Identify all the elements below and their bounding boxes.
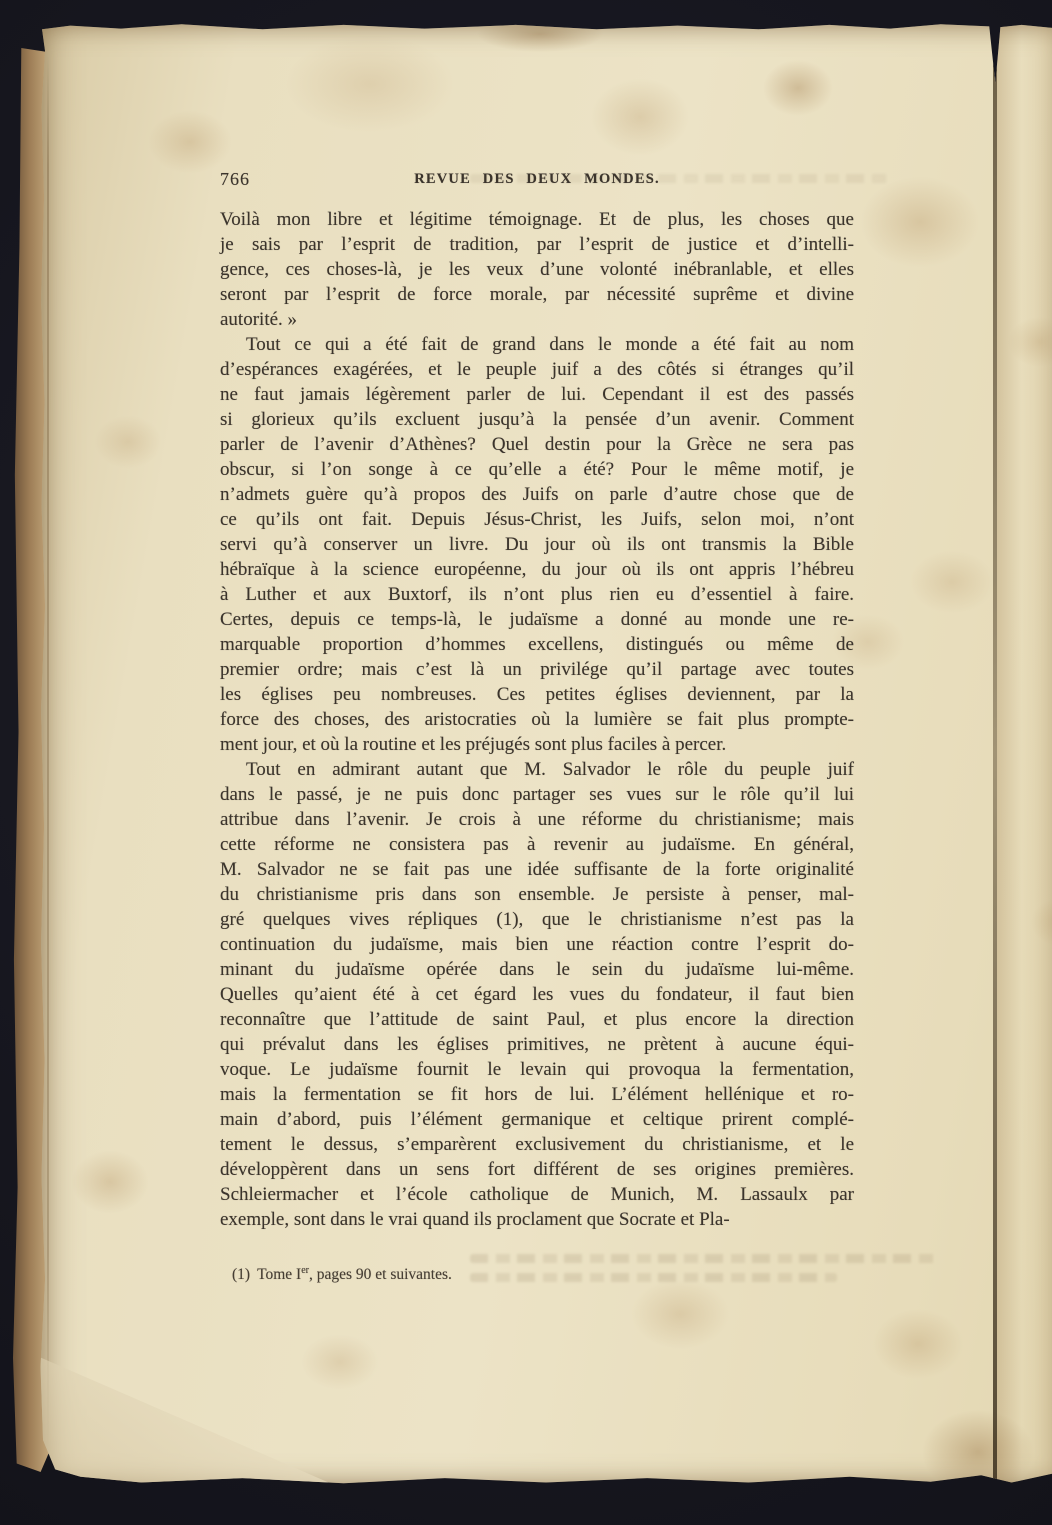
body-line: voque. Le judaïsme fournit le levain qui… — [220, 1057, 854, 1082]
body-line: qui prévalut dans les églises primitives… — [220, 1032, 854, 1057]
body-line: si glorieux qu’ils excluent jusqu’à la p… — [220, 407, 854, 432]
body-line: hébraïque à la science européenne, du jo… — [220, 557, 854, 582]
body-line: ne faut jamais légèrement parler de lui.… — [220, 382, 854, 407]
body-line: gence, ces choses-là, je les veux d’une … — [220, 257, 854, 282]
body-line: je sais par l’esprit de tradition, par l… — [220, 232, 854, 257]
paragraph: Tout en admirant autant que M. Salvador … — [220, 757, 854, 1232]
body-line: force des choses, des aristocraties où l… — [220, 707, 854, 732]
body-line: n’admets guère qu’à propos des Juifs on … — [220, 482, 854, 507]
page-content: 766 REVUE DES DEUX MONDES. Voilà mon lib… — [220, 168, 854, 1284]
body-line: Certes, depuis ce temps-là, le judaïsme … — [220, 607, 854, 632]
body-line: mais la fermentation se fit hors de lui.… — [220, 1082, 854, 1107]
ink-showthrough — [470, 1254, 940, 1292]
body-line: autorité. » — [220, 307, 854, 332]
body-line: gré quelques vives répliques (1), que le… — [220, 907, 854, 932]
body-line: Tout en admirant autant que M. Salvador … — [220, 757, 854, 782]
body-line: parler de l’avenir d’Athènes? Quel desti… — [220, 432, 854, 457]
body-line: Tout ce qui a été fait de grand dans le … — [220, 332, 854, 357]
dog-ear-fold — [40, 1308, 332, 1484]
body-line: servi qu’à conserver un livre. Du jour o… — [220, 532, 854, 557]
body-line: ce qu’ils ont fait. Depuis Jésus-Christ,… — [220, 507, 854, 532]
footnote-text: Tome Ier, pages 90 et suivantes. — [257, 1266, 452, 1283]
body-line: premier ordre; mais c’est là un privilég… — [220, 657, 854, 682]
body-line: main d’abord, puis l’élément germanique … — [220, 1107, 854, 1132]
body-line: marquable proportion d’hommes excellens,… — [220, 632, 854, 657]
body-line: exemple, sont dans le vrai quand ils pro… — [220, 1207, 854, 1232]
book-page: 766 REVUE DES DEUX MONDES. Voilà mon lib… — [40, 22, 1052, 1484]
body-line: développèrent dans un sens fort différen… — [220, 1157, 854, 1182]
page-number: 766 — [220, 169, 250, 190]
body-line: attribue dans l’avenir. Je crois à une r… — [220, 807, 854, 832]
page-header: 766 REVUE DES DEUX MONDES. — [220, 168, 854, 192]
footnote-marker: (1) — [232, 1266, 250, 1283]
scanned-book-photo: 766 REVUE DES DEUX MONDES. Voilà mon lib… — [0, 0, 1052, 1525]
body-line: seront par l’esprit de force morale, par… — [220, 282, 854, 307]
body-line: les églises peu nombreuses. Ces petites … — [220, 682, 854, 707]
body-line: Voilà mon libre et légitime témoignage. … — [220, 207, 854, 232]
body-line: ment jour, et où la routine et les préju… — [220, 732, 854, 757]
body-line: du christianisme pris dans son ensemble.… — [220, 882, 854, 907]
body-line: tement le dessus, s’emparèrent exclusive… — [220, 1132, 854, 1157]
body-line: obscur, si l’on songe à ce qu’elle a été… — [220, 457, 854, 482]
page-body: Voilà mon libre et légitime témoignage. … — [220, 207, 854, 1232]
body-line: Quelles qu’aient été à cet égard les vue… — [220, 982, 854, 1007]
running-title: REVUE DES DEUX MONDES. — [414, 171, 660, 188]
adjacent-page-edge — [997, 22, 1052, 1484]
paragraph: Tout ce qui a été fait de grand dans le … — [220, 332, 854, 757]
body-line: M. Salvador ne se fait pas une idée suff… — [220, 857, 854, 882]
body-line: cette réforme ne consistera pas à reveni… — [220, 832, 854, 857]
body-line: continuation du judaïsme, mais bien une … — [220, 932, 854, 957]
paragraph: Voilà mon libre et légitime témoignage. … — [220, 207, 854, 332]
body-line: Schleiermacher et l’école catholique de … — [220, 1182, 854, 1207]
body-line: reconnaître que l’attitude de saint Paul… — [220, 1007, 854, 1032]
body-line: minant du judaïsme opérée dans le sein d… — [220, 957, 854, 982]
page-edge-line — [47, 56, 49, 1448]
body-line: à Luther et aux Buxtorf, ils n’ont plus … — [220, 582, 854, 607]
body-line: d’espérances exagérées, et le peuple jui… — [220, 357, 854, 382]
footnote-superscript: er — [301, 1265, 309, 1276]
body-line: dans le passé, je ne puis donc partager … — [220, 782, 854, 807]
